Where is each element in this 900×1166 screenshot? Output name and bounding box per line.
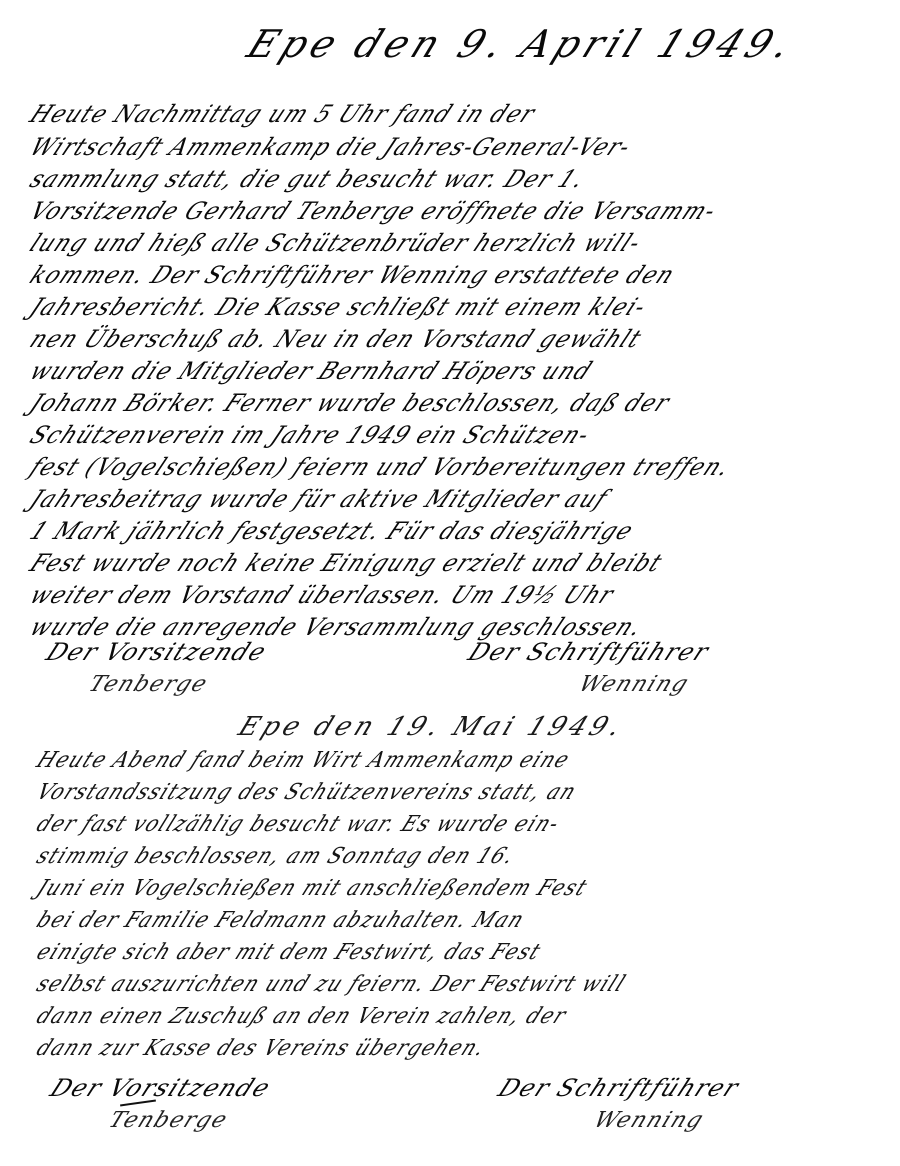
entry2-line: Juni ein Vogelschießen mit anschließende… (32, 876, 592, 901)
entry2-date-heading: Epe den 19. Mai 1949. (234, 712, 629, 742)
entry1-date-heading: Epe den 9. April 1949. (241, 22, 802, 66)
entry2-line: dann zur Kasse des Vereins übergehen. (32, 1036, 490, 1061)
entry1-line: Heute Nachmittag um 5 Uhr fand in der (25, 100, 541, 128)
entry1-line: fest (Vogelschießen) feiern und Vorberei… (25, 453, 736, 481)
entry2-line: Heute Abend fand beim Wirt Ammenkamp ein… (32, 748, 574, 773)
entry1-line: Johann Börker. Ferner wurde beschlossen,… (25, 389, 675, 417)
entry1-signature-left-name: Tenberge (85, 672, 212, 697)
entry2-signature-left-name: Tenberge (105, 1108, 232, 1133)
entry1-line: Jahresbericht. Die Kasse schließt mit ei… (25, 293, 652, 321)
entry1-signature-left-title: Der Vorsitzende (42, 638, 272, 666)
entry1-signature-right-name: Wenning (575, 672, 693, 697)
entry1-line: wurde die anregende Versammlung geschlos… (25, 613, 648, 641)
entry2-line: einigte sich aber mit dem Festwirt, das … (32, 940, 545, 965)
entry1-line: Vorsitzende Gerhard Tenberge eröffnete d… (25, 197, 722, 225)
entry2-line: der fast vollzählig besucht war. Es wurd… (32, 812, 564, 837)
entry2-signature-right-name: Wenning (590, 1108, 708, 1133)
scanned-handwritten-page: Epe den 9. April 1949. Heute Nachmittag … (0, 0, 900, 1166)
entry1-line: nen Überschuß ab. Neu in den Vorstand ge… (25, 325, 647, 353)
entry2-line: Vorstandssitzung des Schützenvereins sta… (32, 780, 580, 805)
entry2-signature-right-title: Der Schriftführer (494, 1074, 744, 1102)
entry2-line: stimmig beschlossen, am Sonntag den 16. (32, 844, 519, 869)
entry1-line: wurden die Mitglieder Bernhard Höpers un… (25, 357, 598, 385)
entry1-line: Schützenverein im Jahre 1949 ein Schütze… (25, 421, 595, 449)
entry2-signature-left-title: Der Vorsitzende (46, 1074, 276, 1102)
entry1-line: weiter dem Vorstand überlassen. Um 19½ U… (25, 581, 619, 609)
entry1-line: lung und hieß alle Schützenbrüder herzli… (25, 229, 647, 257)
entry1-line: sammlung statt, die gut besucht war. Der… (25, 165, 591, 193)
entry1-line: Wirtschaft Ammenkamp die Jahres-General-… (25, 133, 637, 161)
entry1-line: Jahresbeitrag wurde für aktive Mitgliede… (25, 485, 613, 513)
entry1-signature-right-title: Der Schriftführer (464, 638, 714, 666)
entry2-line: dann einen Zuschuß an den Verein zahlen,… (32, 1004, 570, 1029)
entry1-line: Fest wurde noch keine Einigung erzielt u… (25, 549, 668, 577)
entry1-line: kommen. Der Schriftführer Wenning erstat… (25, 261, 680, 289)
entry2-line: selbst auszurichten und zu feiern. Der F… (32, 972, 630, 997)
entry2-line: bei der Familie Feldmann abzuhalten. Man (32, 908, 528, 933)
entry1-line: 1 Mark jährlich festgesetzt. Für das die… (25, 517, 639, 545)
